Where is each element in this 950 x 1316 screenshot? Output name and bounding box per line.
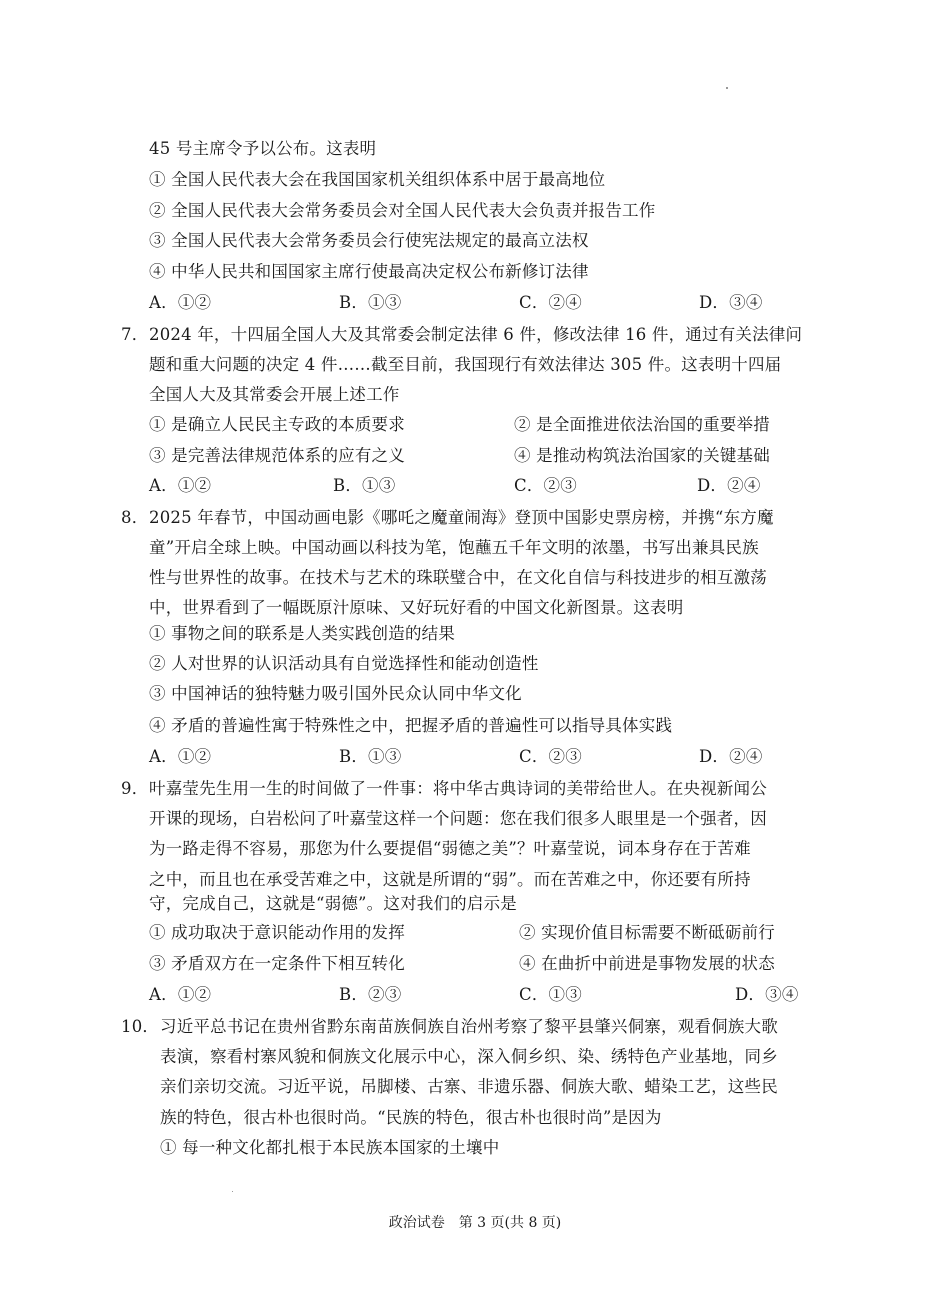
answer-choice-d: D．②④ — [699, 747, 763, 767]
question-stem-line: 性与世界性的故事。在技术与艺术的珠联璧合中，在文化自信与科技进步的相互激荡 — [149, 568, 767, 588]
question-stem-line: 表演，察看村寨风貌和侗族文化展示中心，深入侗乡织、染、绣特色产业基地，同乡 — [160, 1047, 778, 1067]
answer-choice-c: C．①③ — [519, 985, 582, 1005]
question-stem-line: 族的特色，很古朴也很时尚。“民族的特色，很古朴也很时尚”是因为 — [160, 1108, 662, 1128]
question-option-item: ② 实现价值目标需要不断砥砺前行 — [519, 923, 775, 943]
question-option-item: ② 全国人民代表大会常务委员会对全国人民代表大会负责并报告工作 — [149, 201, 655, 221]
question-stem-line: 45 号主席令予以公布。这表明 — [149, 139, 376, 159]
scan-speck — [232, 1191, 233, 1192]
question-option-item: ③ 是完善法律规范体系的应有之义 — [149, 446, 405, 466]
question-stem-line: 开课的现场，白岩松问了叶嘉莹这样一个问题：您在我们很多人眼里是一个强者，因 — [149, 809, 767, 829]
question-stem-line: 亲们亲切交流。习近平说，吊脚楼、古寨、非遗乐器、侗族大歌、蜡染工艺，这些民 — [160, 1077, 778, 1097]
scan-speck — [726, 87, 728, 89]
question-option-item: ③ 全国人民代表大会常务委员会行使宪法规定的最高立法权 — [149, 231, 589, 251]
question-option-item: ④ 在曲折中前进是事物发展的状态 — [519, 954, 775, 974]
question-option-item: ③ 中国神话的独特魅力吸引国外民众认同中华文化 — [149, 684, 522, 704]
question-number: 9． — [121, 779, 148, 799]
question-number: 8． — [121, 508, 148, 528]
question-option-item: ① 事物之间的联系是人类实践创造的结果 — [149, 624, 455, 644]
answer-choice-a: A．①② — [149, 747, 211, 767]
question-stem-line: 全国人大及其常委会开展上述工作 — [149, 385, 400, 405]
answer-choice-a: A．①② — [149, 293, 211, 313]
question-number: 10． — [121, 1017, 159, 1037]
answer-choice-c: C．②③ — [514, 476, 577, 496]
answer-choice-b: B．②③ — [339, 985, 401, 1005]
answer-choice-b: B．①③ — [339, 747, 401, 767]
answer-choice-a: A．①② — [149, 985, 211, 1005]
question-stem-line: 2024 年，十四届全国人大及其常委会制定法律 6 件，修改法律 16 件，通过… — [149, 325, 802, 345]
question-option-item: ④ 矛盾的普遍性寓于特殊性之中，把握矛盾的普遍性可以指导具体实践 — [149, 716, 672, 736]
question-stem-line: 之中，而且也在承受苦难之中，这就是所谓的“弱”。而在苦难之中，你还要有所持 — [149, 870, 751, 890]
answer-choice-d: D．②④ — [697, 476, 761, 496]
question-stem-line: 2025 年春节，中国动画电影《哪吒之魔童闹海》登顶中国影史票房榜，并携“东方魔 — [149, 508, 774, 528]
question-option-item: ② 人对世界的认识活动具有自觉选择性和能动创造性 — [149, 654, 539, 674]
question-option-item: ① 成功取决于意识能动作用的发挥 — [149, 923, 405, 943]
question-option-item: ④ 是推动构筑法治国家的关键基础 — [514, 446, 770, 466]
question-stem-line: 题和重大问题的决定 4 件……截至目前，我国现行有效法律达 305 件。这表明十… — [149, 355, 781, 375]
question-stem-line: 中，世界看到了一幅既原汁原味、又好玩好看的中国文化新图景。这表明 — [149, 598, 683, 618]
question-option-item: ① 是确立人民民主专政的本质要求 — [149, 415, 405, 435]
answer-choice-c: C．②③ — [519, 747, 582, 767]
answer-choice-d: D．③④ — [699, 293, 763, 313]
question-option-item: ① 全国人民代表大会在我国国家机关组织体系中居于最高地位 — [149, 170, 605, 190]
question-stem-line: 童”开启全球上映。中国动画以科技为笔，饱蘸五千年文明的浓墨，书写出兼具民族 — [149, 538, 759, 558]
answer-choice-b: B．①③ — [339, 293, 401, 313]
question-option-item: ② 是全面推进依法治国的重要举措 — [514, 415, 770, 435]
question-number: 7． — [121, 325, 148, 345]
question-stem-line: 习近平总书记在贵州省黔东南苗族侗族自治州考察了黎平县肇兴侗寨，观看侗族大歌 — [160, 1017, 778, 1037]
answer-choice-a: A．①② — [149, 476, 211, 496]
question-option-item: ③ 矛盾双方在一定条件下相互转化 — [149, 954, 405, 974]
answer-choice-c: C．②④ — [519, 293, 582, 313]
question-stem-line: 为一路走得不容易，那您为什么要提倡“弱德之美”？叶嘉莹说，词本身存在于苦难 — [149, 839, 751, 859]
question-option-item: ④ 中华人民共和国国家主席行使最高决定权公布新修订法律 — [149, 262, 589, 282]
answer-choice-b: B．①③ — [333, 476, 395, 496]
question-option-item: ① 每一种文化都扎根于本民族本国家的土壤中 — [160, 1138, 499, 1158]
page-footer: 政治试卷 第 3 页(共 8 页) — [0, 1212, 950, 1232]
answer-choice-d: D．③④ — [735, 985, 799, 1005]
question-stem-line: 叶嘉莹先生用一生的时间做了一件事：将中华古典诗词的美带给世人。在央视新闻公 — [149, 779, 767, 799]
question-stem-line: 守，完成自己，这就是“弱德”。这对我们的启示是 — [149, 894, 517, 914]
